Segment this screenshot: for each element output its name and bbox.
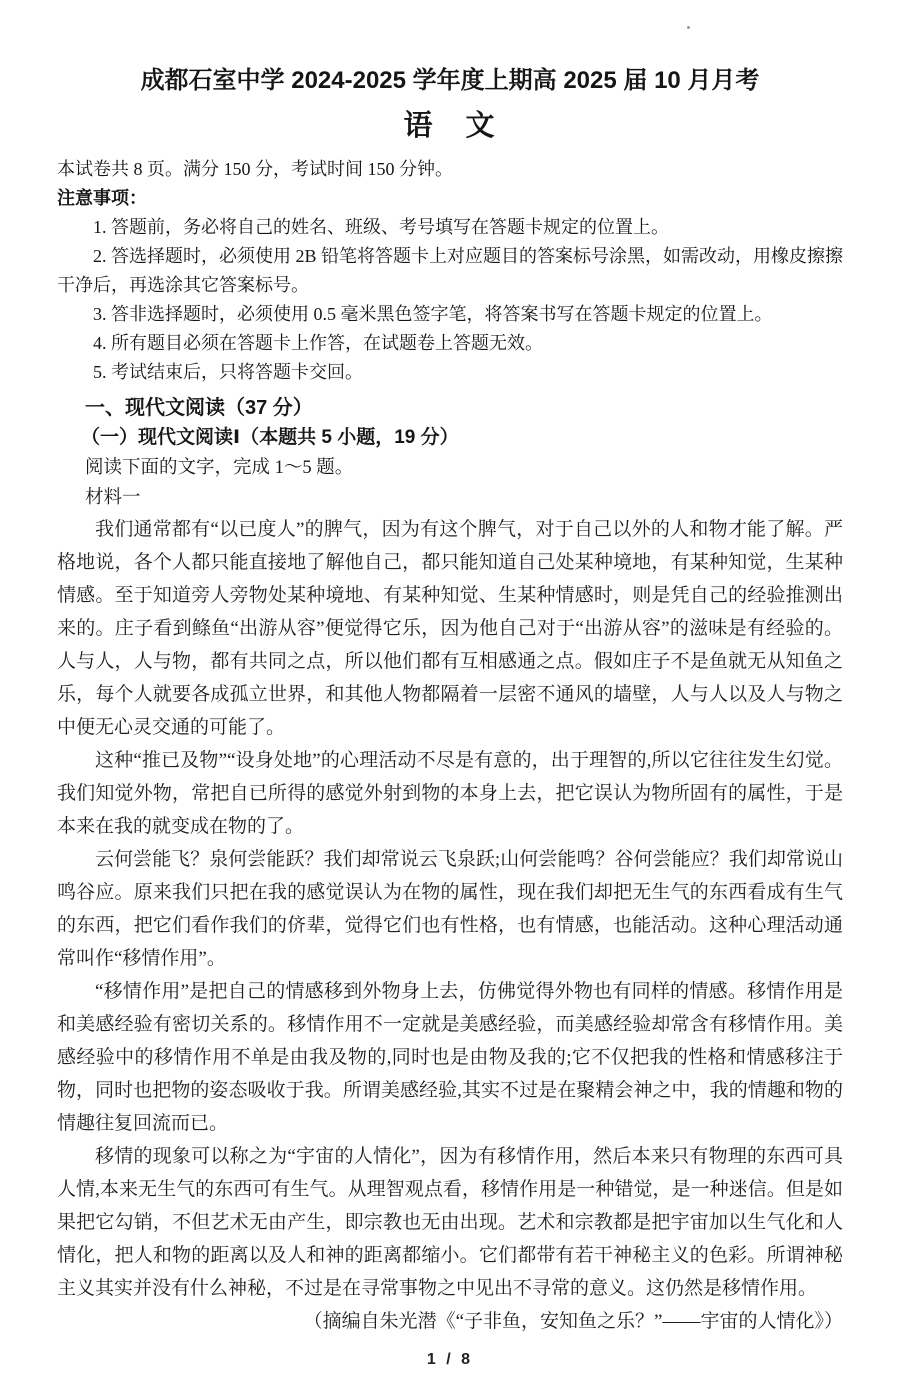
section-subheading: （一）现代文阅读Ⅰ（本题共 5 小题，19 分）: [57, 423, 843, 453]
note-item-4: 4. 所有题目必须在答题卡上作答，在试题卷上答题无效。: [57, 329, 843, 358]
passage-attribution: （摘编自朱光潜《“子非鱼，安知鱼之乐？”——宇宙的人情化》）: [57, 1305, 843, 1338]
passage-paragraph-4: “移情作用”是把自己的情感移到外物身上去，仿佛觉得外物也有同样的情感。移情作用是…: [57, 975, 843, 1140]
page-number: 1 / 8: [0, 1351, 900, 1369]
exam-title: 成都石室中学 2024-2025 学年度上期高 2025 届 10 月月考: [57, 64, 843, 98]
note-item-1: 1. 答题前，务必将自己的姓名、班级、考号填写在答题卡规定的位置上。: [57, 213, 843, 242]
section-heading: 一、现代文阅读（37 分）: [57, 393, 843, 423]
passage-paragraph-1: 我们通常都有“以已度人”的脾气，因为有这个脾气，对于自己以外的人和物才能了解。严…: [57, 513, 843, 744]
note-item-2: 2. 答选择题时，必须使用 2B 铅笔将答题卡上对应题目的答案标号涂黑，如需改动…: [57, 242, 843, 300]
scan-artifact-dot: [687, 26, 690, 29]
note-item-5: 5. 考试结束后，只将答题卡交回。: [57, 358, 843, 387]
passage-paragraph-5: 移情的现象可以称之为“宇宙的人情化”，因为有移情作用，然后本来只有物理的东西可具…: [57, 1140, 843, 1305]
reading-instruction: 阅读下面的文字，完成 1～5 题。: [57, 453, 843, 483]
notes-heading: 注意事项：: [57, 184, 843, 213]
passage-paragraph-3: 云何尝能飞？泉何尝能跃？我们却常说云飞泉跃;山何尝能鸣？谷何尝能应？我们却常说山…: [57, 843, 843, 975]
exam-subject: 语 文: [57, 106, 843, 146]
passage-paragraph-2: 这种“推已及物”“设身处地”的心理活动不尽是有意的，出于理智的,所以它往往发生幻…: [57, 744, 843, 843]
exam-info-line: 本试卷共 8 页。满分 150 分，考试时间 150 分钟。: [57, 155, 843, 184]
exam-paper-page: 成都石室中学 2024-2025 学年度上期高 2025 届 10 月月考 语 …: [0, 0, 900, 1399]
note-item-3: 3. 答非选择题时，必须使用 0.5 毫米黑色签字笔，将答案书写在答题卡规定的位…: [57, 300, 843, 329]
material-label: 材料一: [57, 483, 843, 513]
